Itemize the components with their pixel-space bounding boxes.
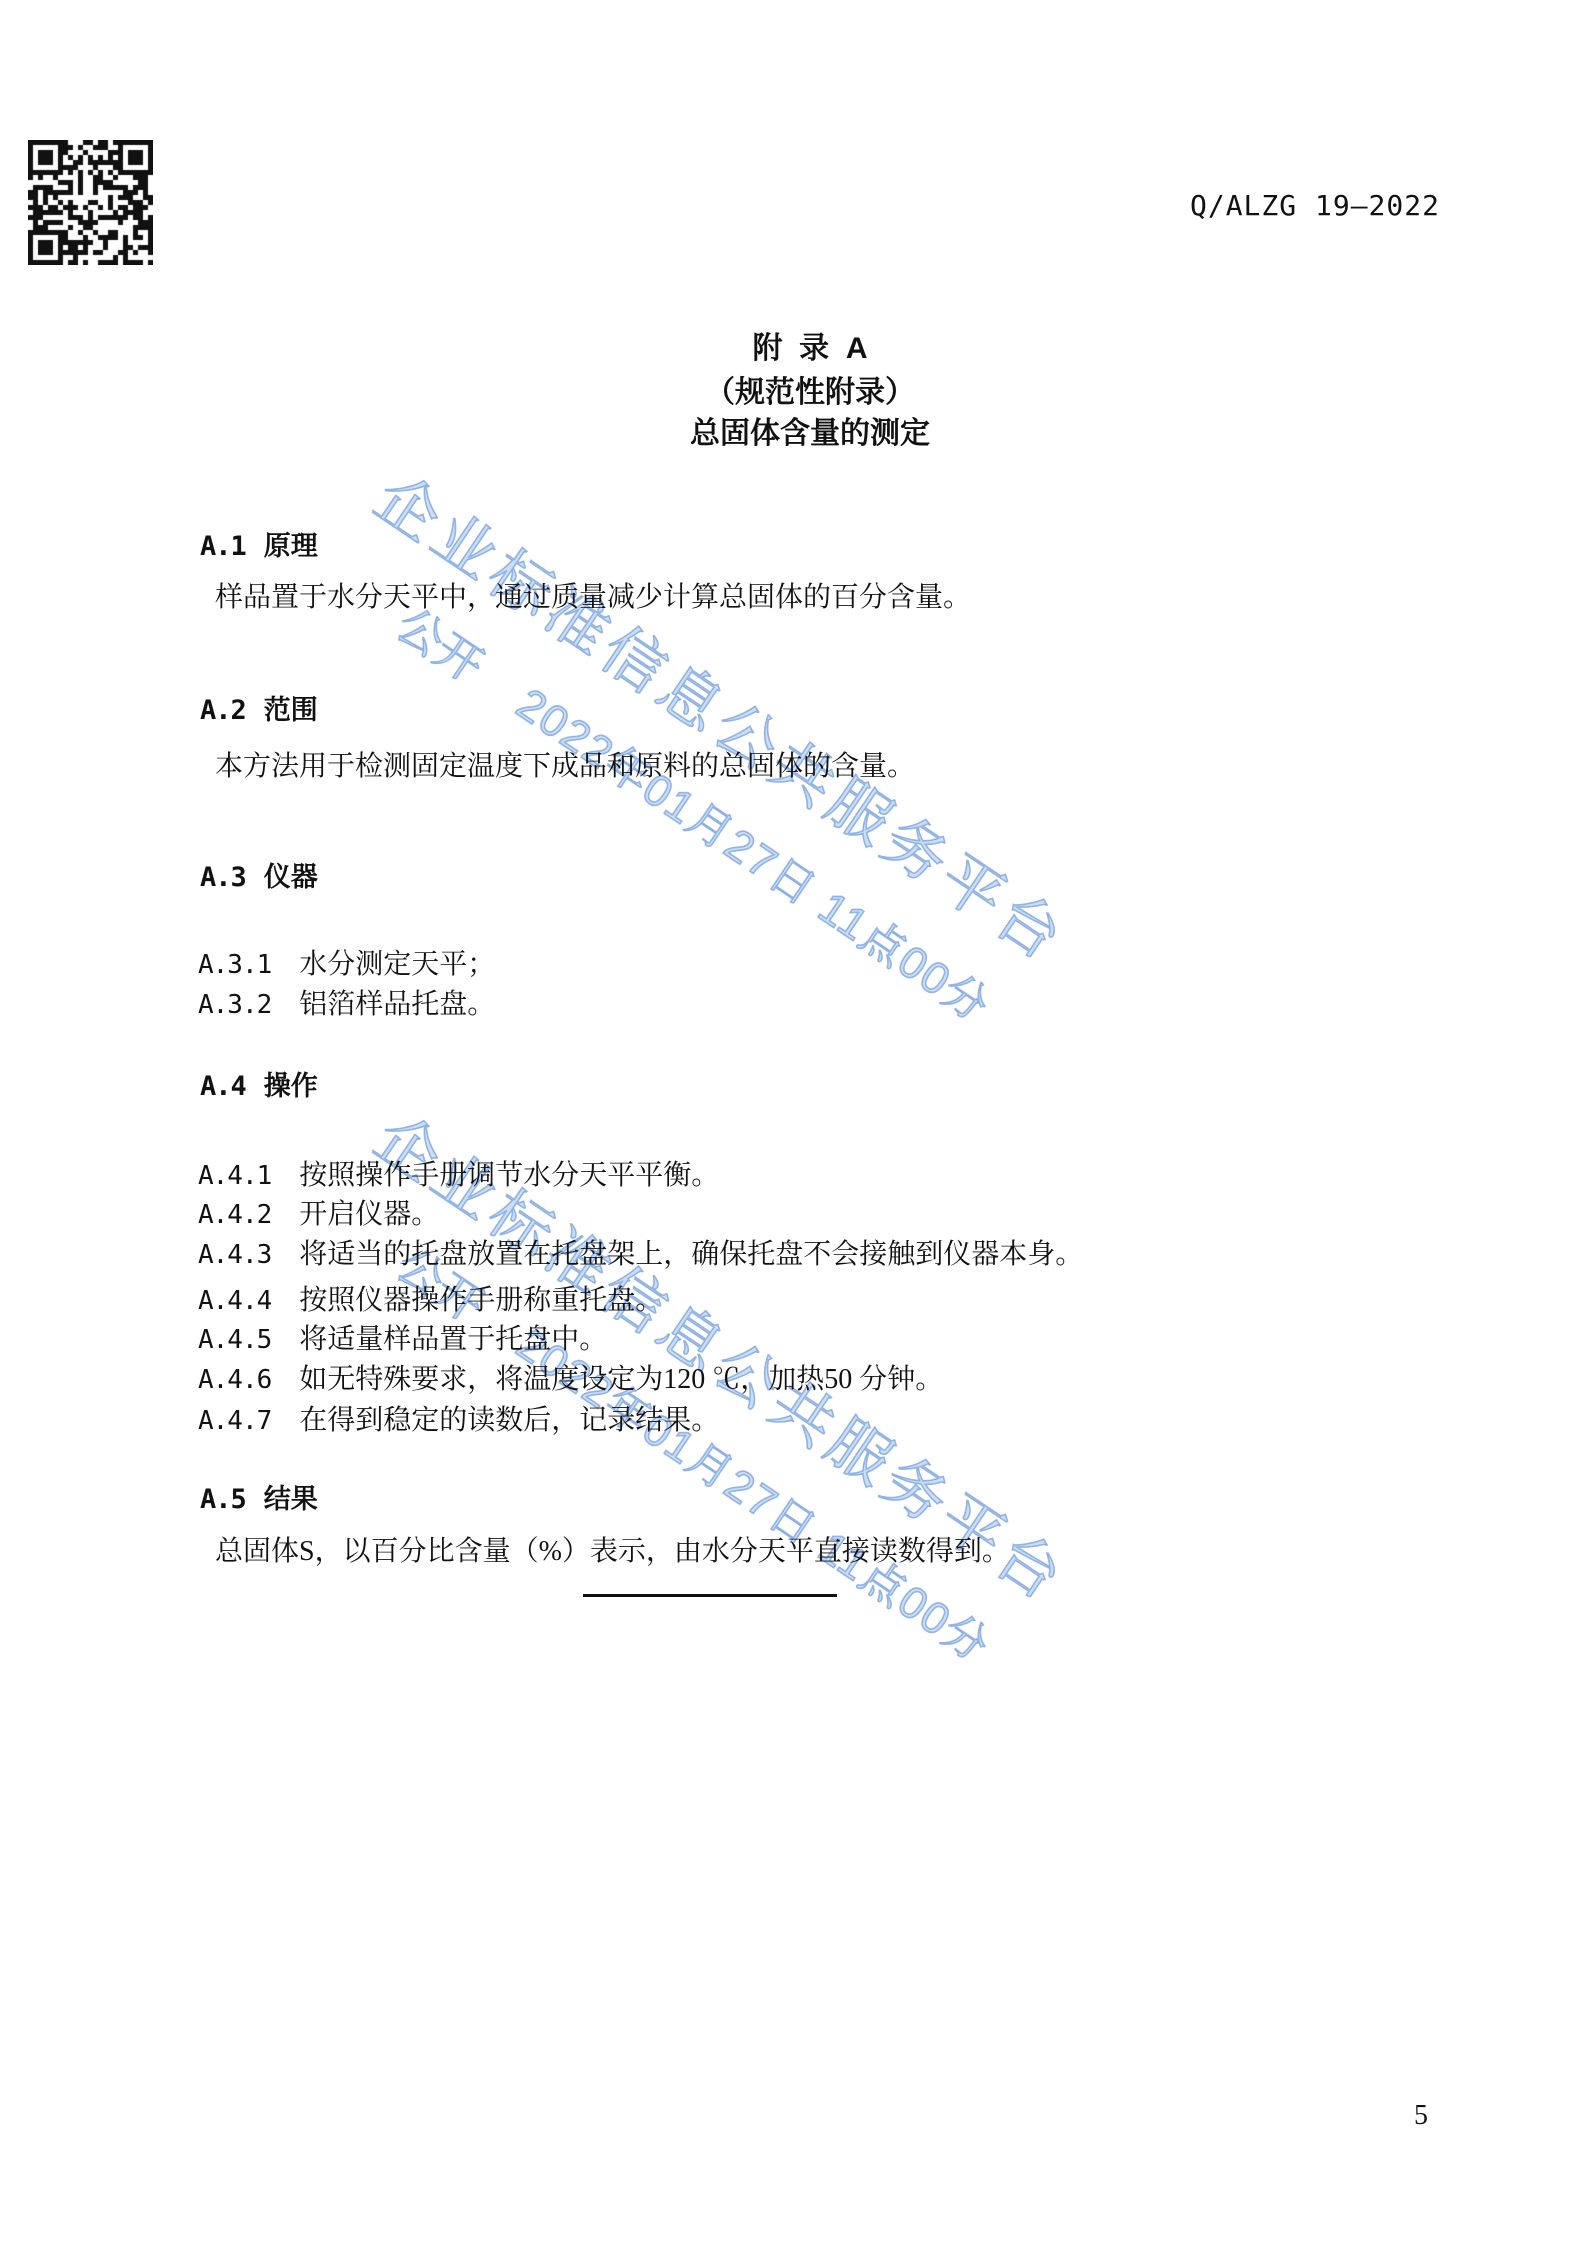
- item-text: 铝箔样品托盘。: [299, 989, 495, 1020]
- section-number: A.3: [200, 862, 246, 893]
- watermark-main-text: 企业标准信息公共服务平台: [364, 465, 1076, 974]
- qr-code-icon: [28, 140, 153, 265]
- paragraph-a1: 样品置于水分天平中，通过质量减少计算总固体的百分含量。: [215, 581, 971, 614]
- section-title: 操作: [264, 1071, 318, 1101]
- section-number: A.2: [200, 695, 246, 726]
- paragraph-a5: 总固体S，以百分比含量（%）表示，由水分天平直接读数得到。: [215, 1535, 1010, 1568]
- section-heading-a1: A.1原理: [170, 500, 318, 593]
- end-of-document-rule: [583, 1594, 837, 1597]
- section-heading-a5: A.5结果: [170, 1453, 318, 1546]
- section-number: A.5: [200, 1484, 246, 1515]
- section-heading-a2: A.2范围: [170, 664, 318, 757]
- item-number: A.4.7: [198, 1406, 271, 1436]
- appendix-topic-title: 总固体含量的测定: [185, 417, 1435, 451]
- doc-code: Q/ALZG 19—2022: [1000, 190, 1440, 222]
- appendix-title: 附 录 A: [185, 332, 1435, 366]
- section-number: A.4: [200, 1071, 246, 1102]
- section-title: 仪器: [264, 862, 318, 892]
- paragraph-a2: 本方法用于检测固定温度下成品和原料的总固体的含量。: [215, 750, 915, 783]
- watermark-date-text: 2022年01月27日 11点00分: [508, 681, 997, 1032]
- page-number: 5: [1414, 2100, 1428, 2132]
- document-page: 企业标准信息公共服务平台 公开 2022年01月27日 11点00分 企业标准信…: [0, 0, 1588, 2245]
- section-heading-a4: A.4操作: [170, 1040, 318, 1133]
- section-title: 范围: [264, 695, 318, 725]
- appendix-subtitle: （规范性附录）: [185, 376, 1435, 410]
- section-number: A.1: [200, 531, 246, 562]
- section-title: 原理: [264, 531, 318, 561]
- item-number: A.3.2: [198, 990, 271, 1020]
- section-heading-a3: A.3仪器: [170, 831, 318, 924]
- item-text: 在得到稳定的读数后，记录结果。: [299, 1405, 719, 1436]
- section-title: 结果: [264, 1484, 318, 1514]
